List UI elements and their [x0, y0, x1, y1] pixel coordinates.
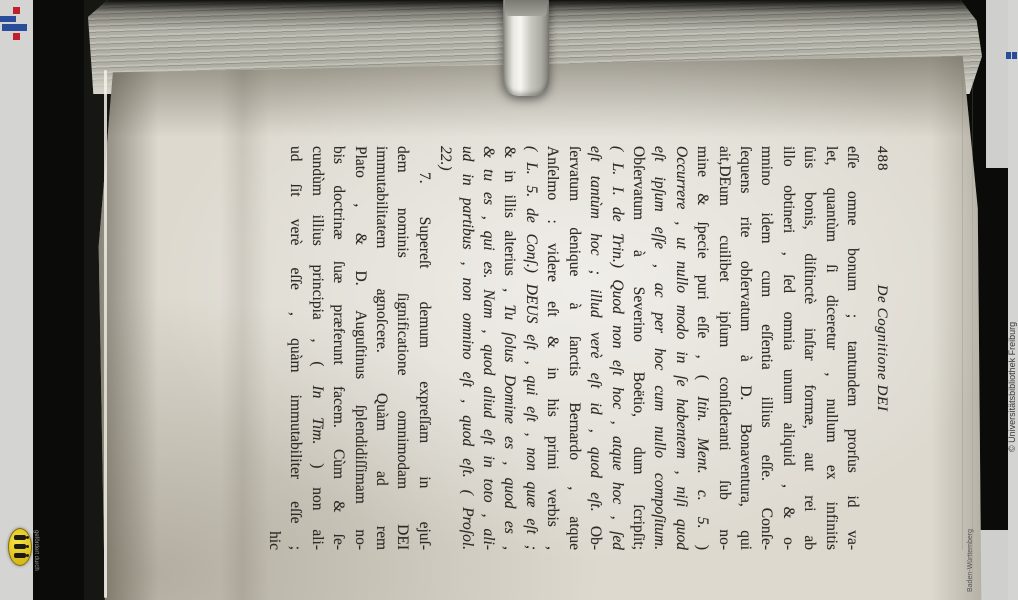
- clamp-metal-cap: [505, 0, 547, 16]
- text-line: Occurrere , ut nullo modo in ſe habentem…: [670, 146, 691, 550]
- page-holder-clamp: [503, 0, 549, 96]
- text-line: ud in partibus , non omnino eſt , quod e…: [456, 146, 477, 550]
- leaf-edge-line: [972, 80, 973, 580]
- logo-figure-icon: [14, 535, 26, 540]
- text-line: let, quantùm ſi diceretur , nullum ex in…: [820, 146, 841, 550]
- copyright-watermark: © Universitätsbibliothek Freiburg: [1007, 177, 1017, 452]
- text-line: ait,DEum cuilibet ipſum conſideranti ſub…: [713, 146, 734, 550]
- text-line: dem nominis ſignificatione omnimodam DEI: [392, 146, 413, 550]
- text-line: immutabilitatem agnoſcere. Quàm ad rem: [371, 146, 392, 550]
- text-line: & in illis alterius , Tu ſolus Domine es…: [499, 146, 520, 550]
- text-line: Obſervatum à Severino Boëtio, dum ſcripſ…: [628, 146, 649, 550]
- text-line: ( L. I. de Trin.) Quod non eſt hoc , atq…: [606, 146, 627, 550]
- registration-mark-blue-icon: [2, 24, 27, 31]
- registration-mark-blue-icon: [0, 16, 16, 22]
- text-line: ( L. 5. de Conſ.) DEUS eſt , qui eſt , n…: [521, 146, 542, 550]
- page-number: 488: [871, 146, 892, 172]
- page-header: 488 De Cognitione DEI: [871, 146, 892, 550]
- text-line: ſequens rite obſervatum à D. Bonaventura…: [735, 146, 756, 550]
- text-line: ud ſit verè eſſe , quàm immutabiliter eſ…: [285, 146, 306, 550]
- text-line: ſervatum denique à ſanctis Bernardo , at…: [563, 146, 584, 550]
- text-line: bis doctrinæ ſuæ præferunt facem. Cùm & …: [328, 146, 349, 550]
- text-line: 22.): [435, 146, 456, 550]
- text-line: cundùm illius principia , ( In Tim. ) no…: [306, 146, 327, 550]
- text-line: eſſe omne bonum ; tantundem prorſus id v…: [842, 146, 863, 550]
- text-line: ſuis bonis, diſtinctè inſtar formæ, aut …: [799, 146, 820, 550]
- text-line: illo obtineri , ſed omnia unum aliquid ,…: [777, 146, 798, 550]
- region-label: Baden-Württemberg: [967, 512, 974, 592]
- text-line: Plato , & D. Auguſtinus ſplendidiſſimam …: [349, 146, 370, 550]
- leaf-edge-line: [962, 80, 963, 550]
- text-line: eſt tantùm hoc ; illud verè eſt id , quo…: [585, 146, 606, 550]
- scanned-book-viewer: Baden-Württemberg 488 De Cognitione DEI …: [0, 0, 1018, 600]
- text-line: mine & ſpecie puri eſſe , ( Itin. Ment. …: [692, 146, 713, 550]
- text-line: eſt ipſum eſſe , ac per hoc cum nullo co…: [649, 146, 670, 550]
- text-line: Anſelmo : videre eſt & in his primi verb…: [542, 146, 563, 550]
- running-title: De Cognitione DEI: [871, 146, 892, 550]
- registration-mark-red-icon: [13, 33, 20, 40]
- printed-page-text: 488 De Cognitione DEI eſſe omne bonum ; …: [247, 146, 892, 550]
- registration-mark-red-icon: [13, 7, 20, 14]
- text-line: & tu es , qui es. Nam , quod aliud eſt i…: [478, 146, 499, 550]
- left-watermark-strip: [0, 0, 33, 600]
- page-lines: eſſe omne bonum ; tantundem prorſus id v…: [264, 146, 863, 550]
- funding-label: gefördert durch: [33, 530, 39, 570]
- logo-figure-icon: [14, 553, 26, 558]
- logo-figure-icon: [14, 544, 26, 549]
- text-line: hic: [264, 146, 285, 550]
- text-line: mnino idem cum eſſentia illius eſſe. Con…: [756, 146, 777, 550]
- calibration-blue-square-icon: [1012, 52, 1017, 59]
- page-cut-edge: [104, 70, 107, 598]
- text-line: 7. Supereſt demum expreſſam in ejuſ-: [413, 146, 434, 550]
- funding-agency-logo: [8, 528, 32, 566]
- calibration-blue-square-icon: [1006, 52, 1011, 59]
